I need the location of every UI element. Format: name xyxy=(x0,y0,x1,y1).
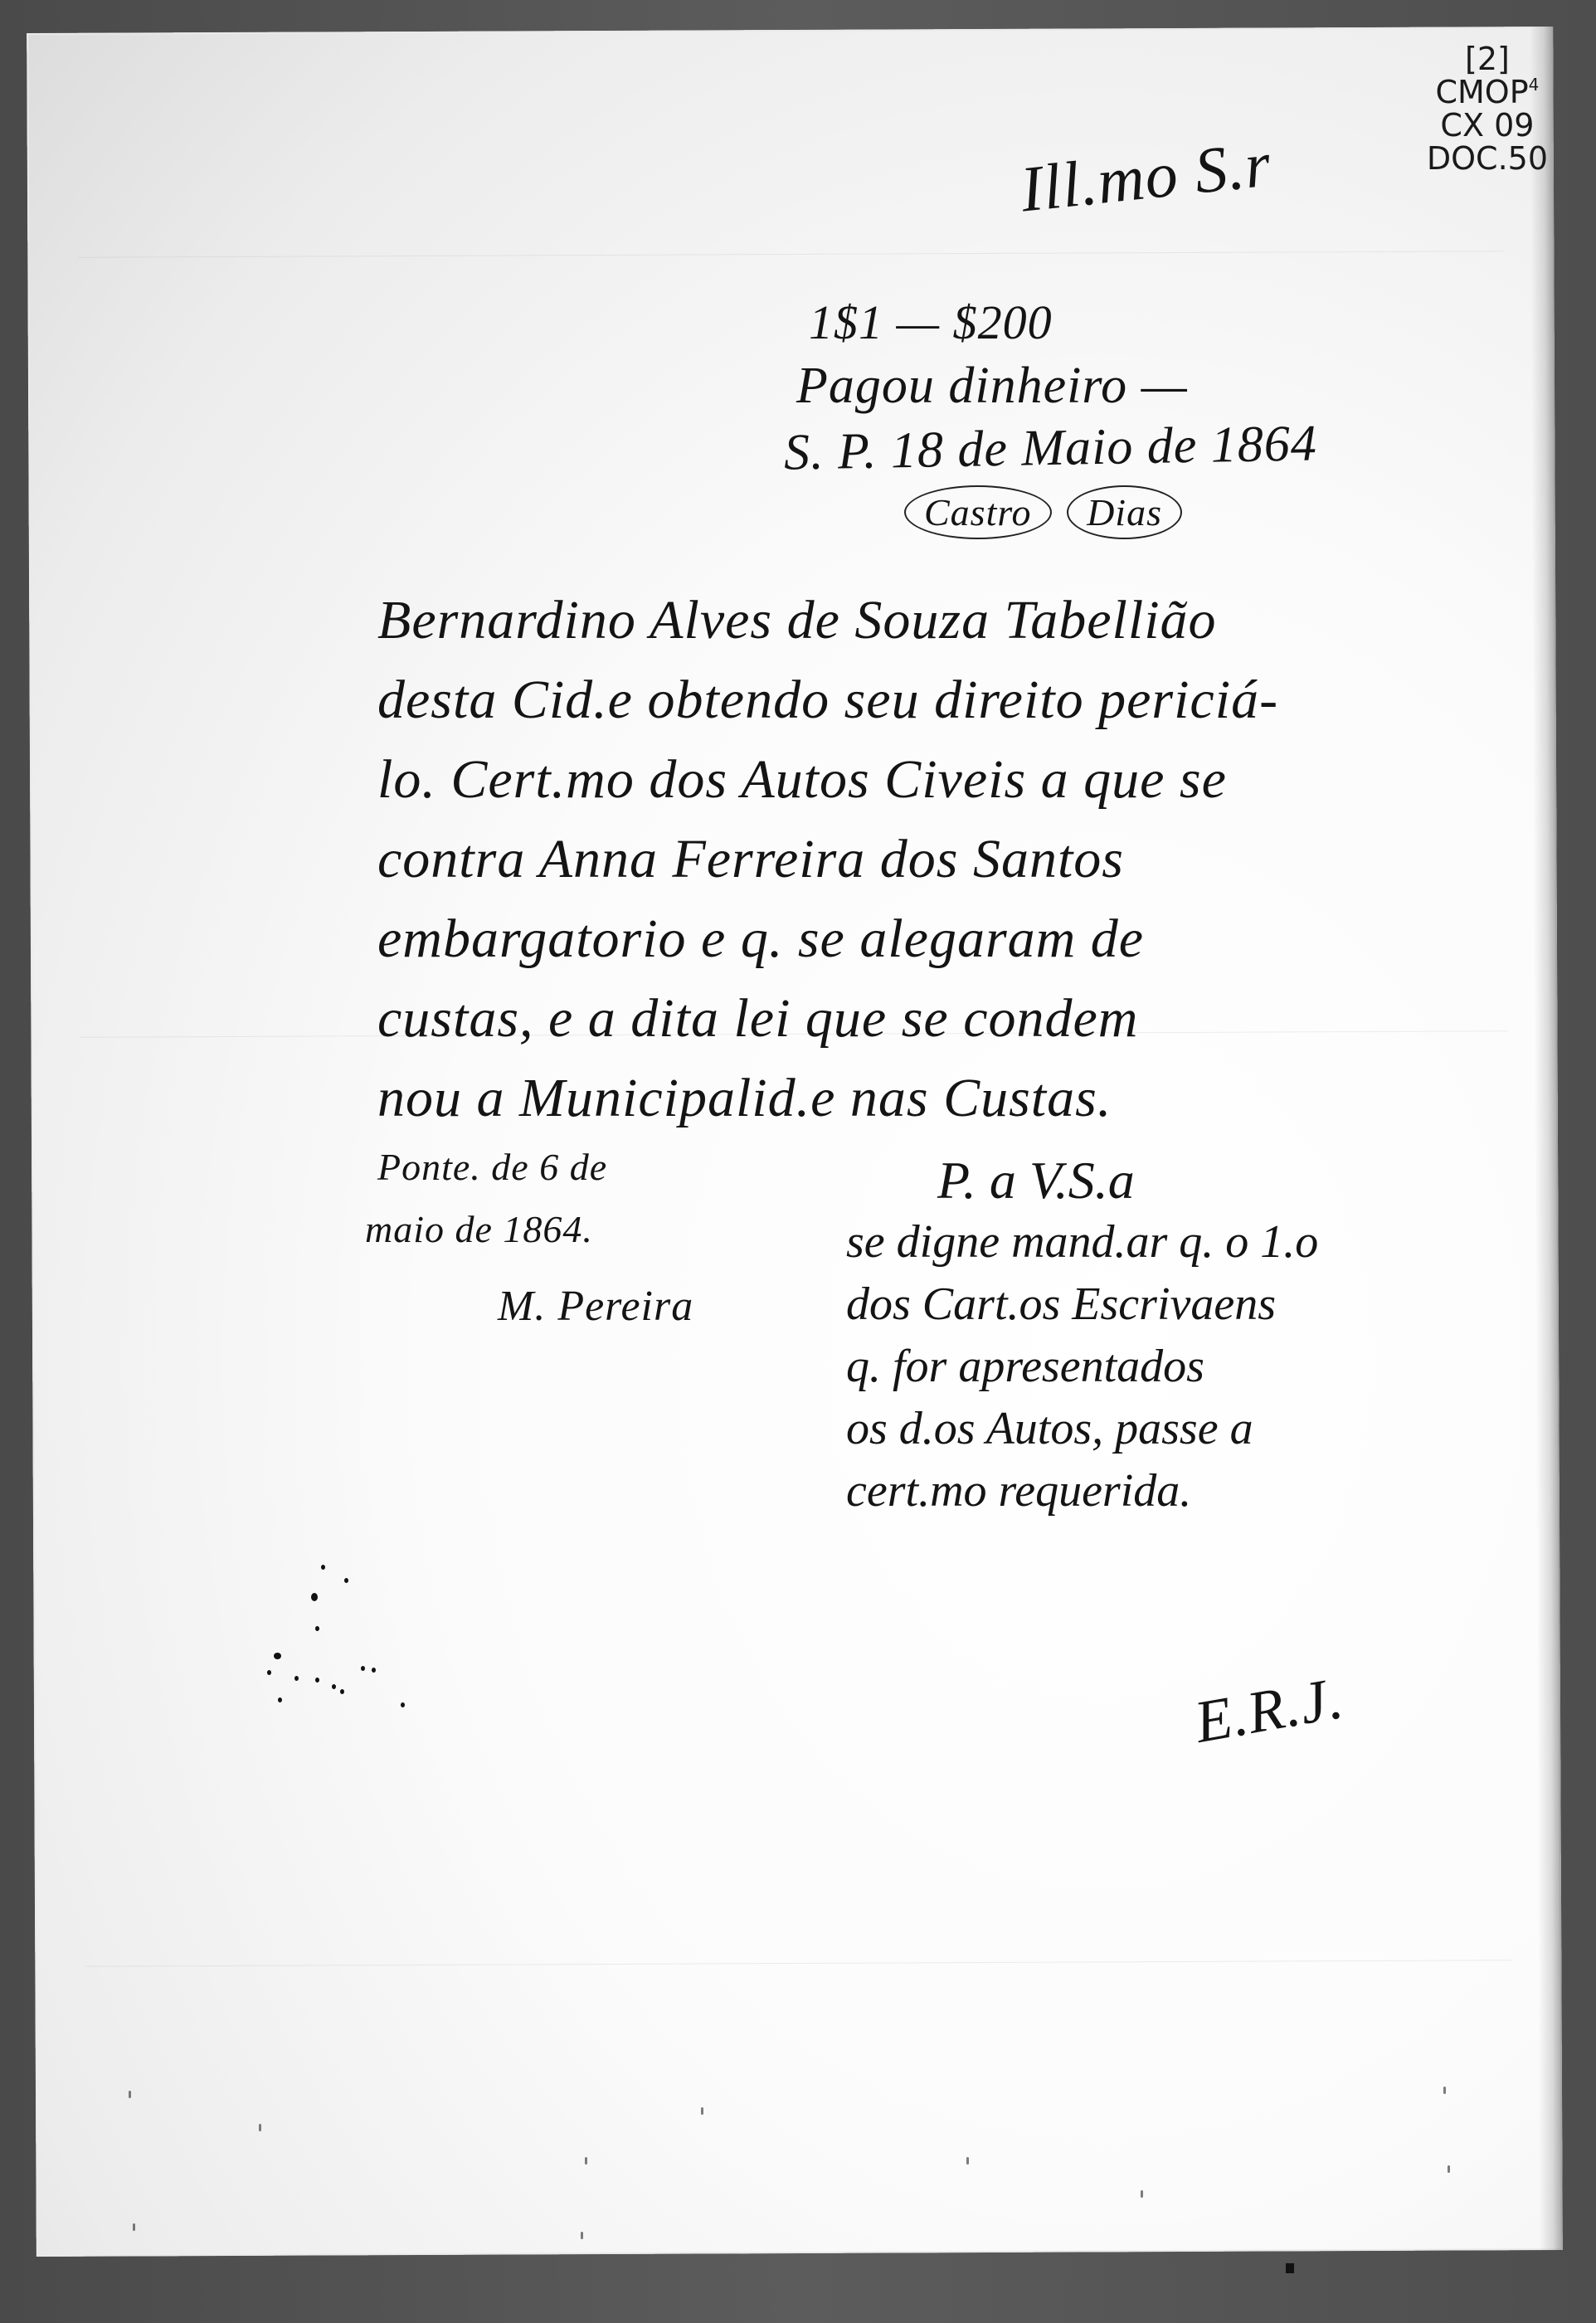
petition-line: lo. Cert.mo dos Autos Civeis a que se xyxy=(377,740,1555,820)
petition-line: desta Cid.e obtendo seu direito periciá- xyxy=(377,660,1555,740)
page-number: [2] xyxy=(1427,43,1548,76)
petition-line: Bernardino Alves de Souza Tabellião xyxy=(377,581,1555,660)
collection-code: CMOP4 xyxy=(1427,76,1548,110)
petition-body: Bernardino Alves de Souza Tabellião dest… xyxy=(377,581,1555,1138)
ruling-line: dos Cart.os Escrivaens xyxy=(846,1274,1576,1336)
petition-line: nou a Municipalid.e nas Custas. xyxy=(377,1059,1555,1138)
petition-line: embargatorio e q. se alegaram de xyxy=(377,899,1555,979)
archive-reference: [2] CMOP4 CX 09 DOC.50 xyxy=(1427,43,1548,176)
ruling-line: se digne mand.ar q. o 1.o xyxy=(846,1211,1576,1274)
manuscript-page xyxy=(27,27,1563,2257)
ruling-block: P. a V.S.a se digne mand.ar q. o 1.o dos… xyxy=(846,1149,1576,1522)
box-code: CX 09 xyxy=(1427,110,1548,143)
doc-code: DOC.50 xyxy=(1427,143,1548,176)
ruled-line xyxy=(85,1960,1511,1967)
ruling-heading: P. a V.S.a xyxy=(846,1149,1576,1211)
signature-flourish-left: Castro xyxy=(904,485,1052,539)
clerk-signature: Castro Dias xyxy=(904,485,1187,539)
payment-note: Pagou dinheiro — xyxy=(796,357,1188,416)
ruling-line: cert.mo requerida. xyxy=(846,1460,1576,1522)
ruling-line: q. for apresentados xyxy=(846,1336,1576,1398)
ruling-line: os d.os Autos, passe a xyxy=(846,1398,1576,1460)
ink-specks xyxy=(212,1535,377,1676)
dispatch-date-line-1: Ponte. de 6 de xyxy=(377,1145,607,1189)
collection-sup: 4 xyxy=(1529,75,1540,95)
petition-line: contra Anna Ferreira dos Santos xyxy=(377,820,1555,899)
dispatch-date-line-2: maio de 1864. xyxy=(365,1207,593,1251)
header-date: S. P. 18 de Maio de 1864 xyxy=(783,414,1317,482)
dispatch-signature: M. Pereira xyxy=(498,1282,693,1331)
signature-flourish-right: Dias xyxy=(1067,485,1182,539)
scan-artifact-mark xyxy=(1286,2263,1294,2273)
ruled-line xyxy=(77,251,1504,258)
fee-note: 1$1 — $200 xyxy=(809,295,1053,350)
petition-line: custas, e a dita lei que se condem xyxy=(377,979,1555,1059)
